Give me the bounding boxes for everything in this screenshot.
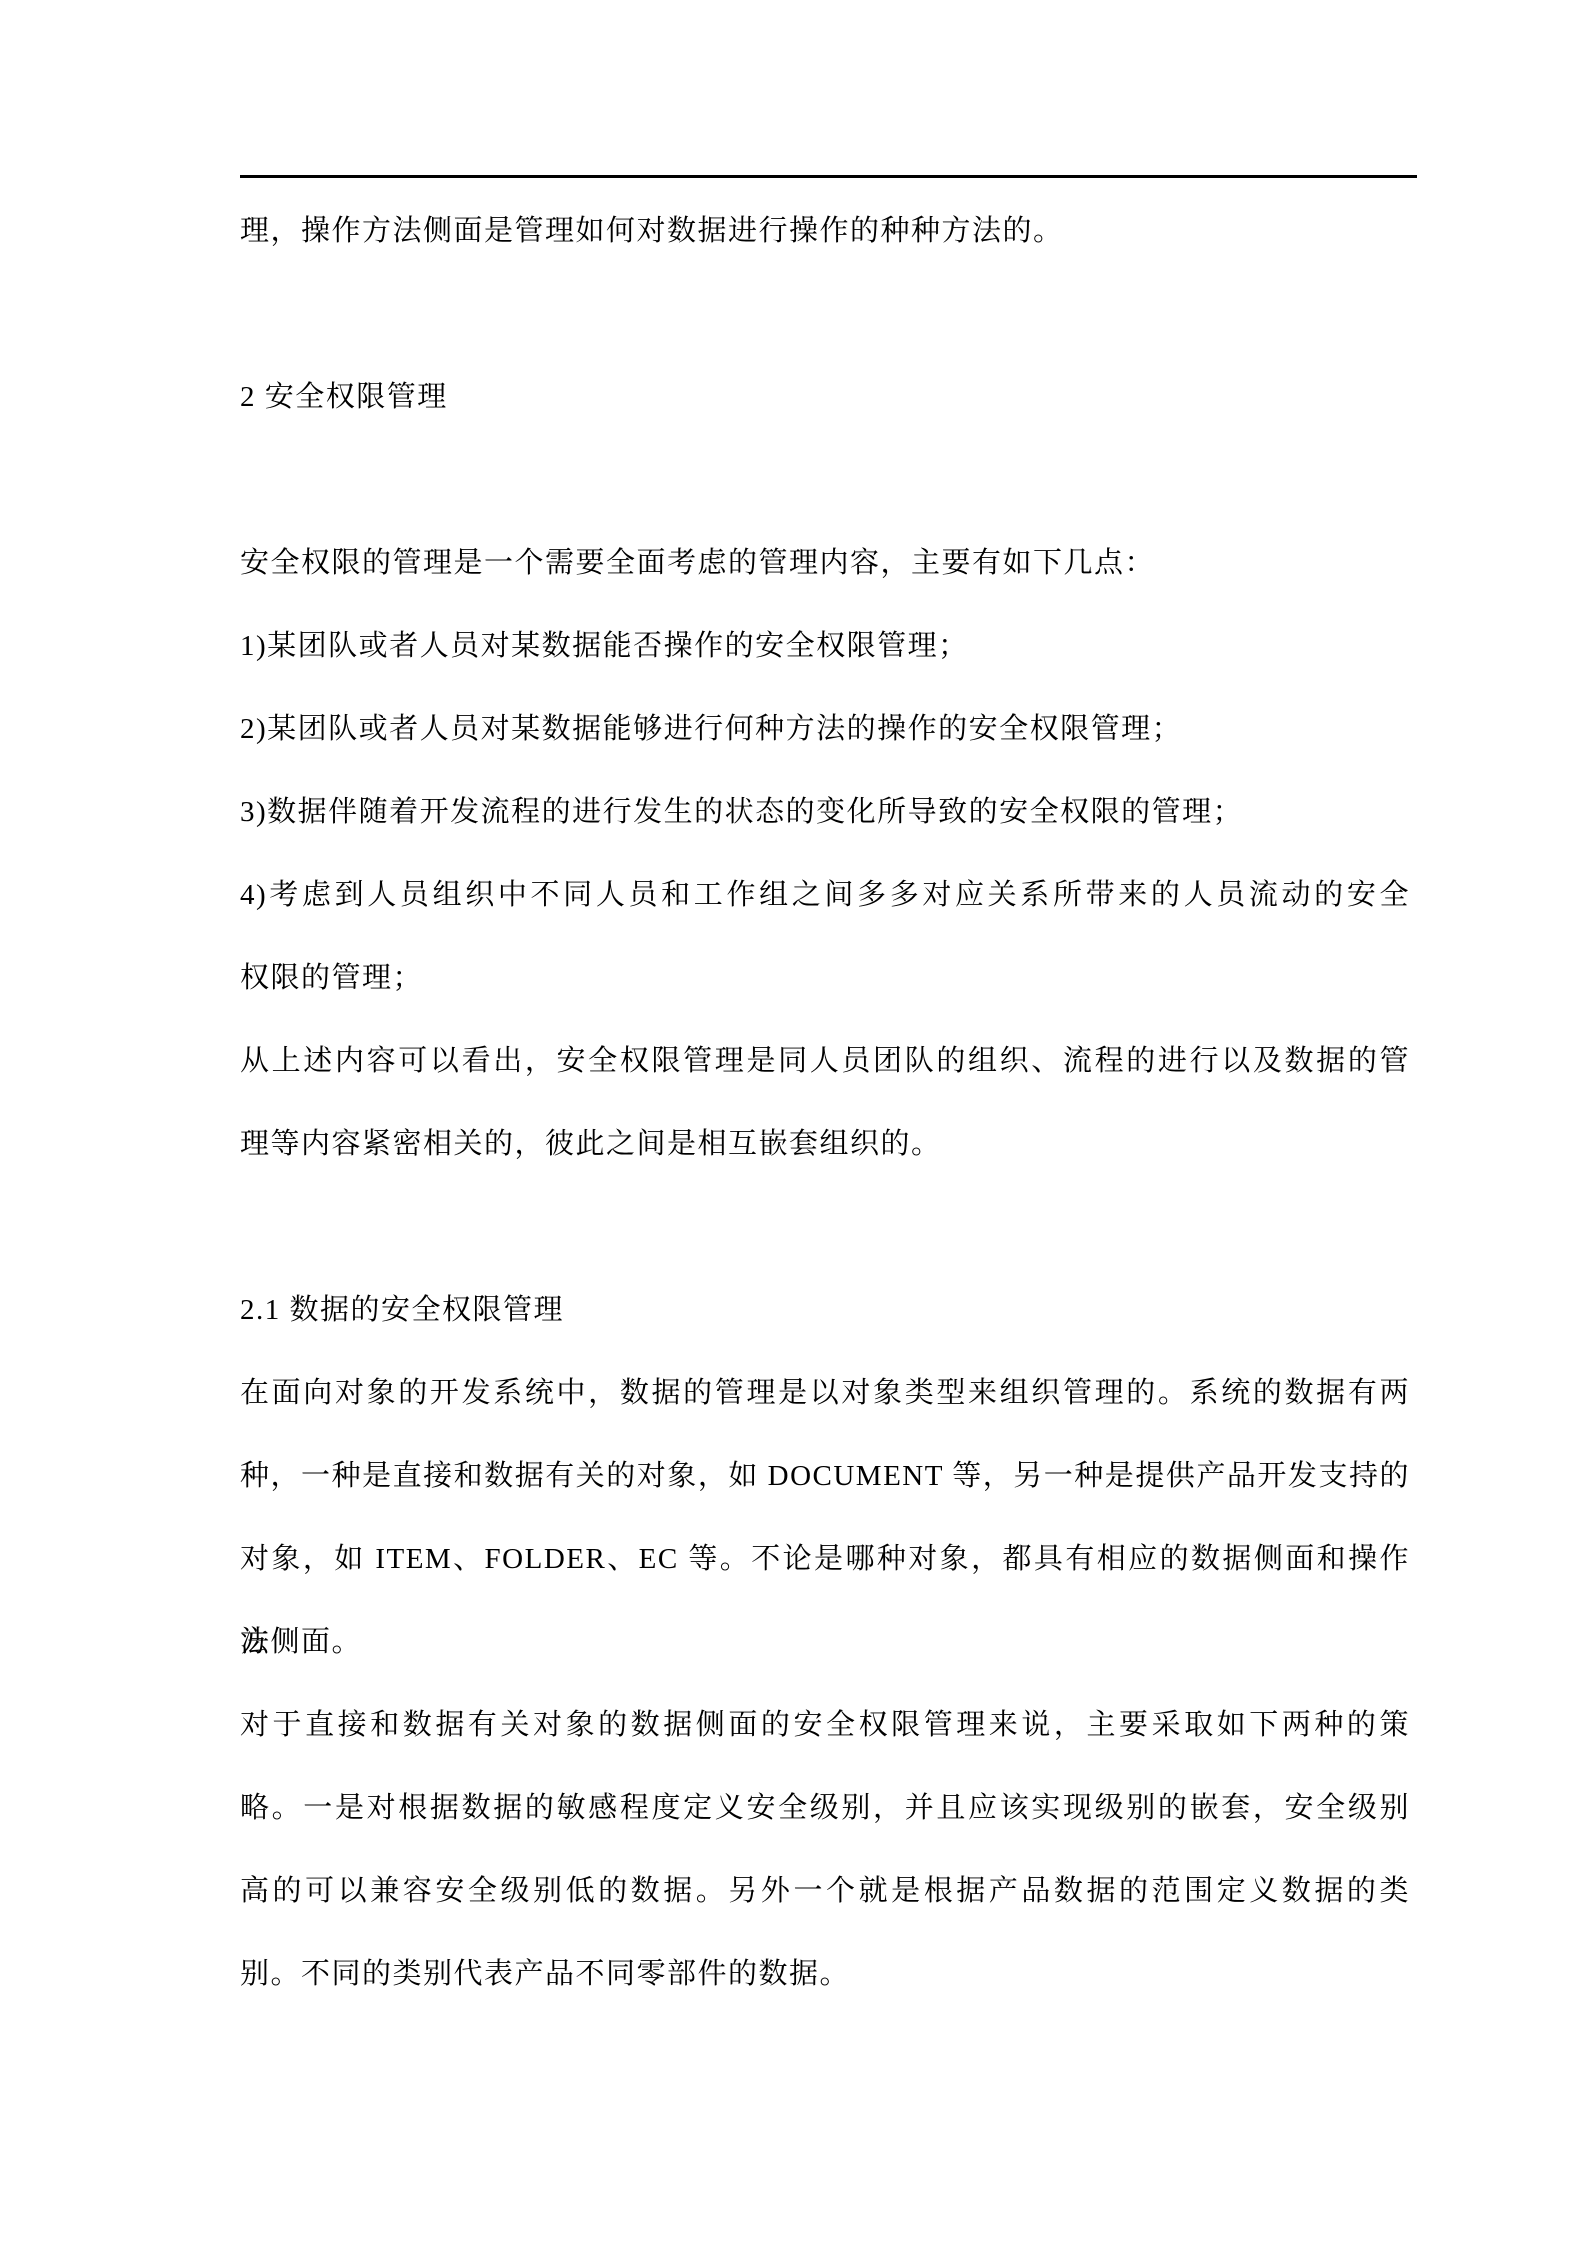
text-line: 在面向对象的开发系统中，数据的管理是以对象类型来组织管理的。系统的数据有两 — [240, 1352, 1410, 1435]
text-line: 权限的管理； — [240, 937, 1410, 1020]
text-line: 1)某团队或者人员对某数据能否操作的安全权限管理； — [240, 605, 1410, 688]
text-line: 从上述内容可以看出，安全权限管理是同人员团队的组织、流程的进行以及数据的管 — [240, 1020, 1410, 1103]
text-line: 理，操作方法侧面是管理如何对数据进行操作的种种方法的。 — [240, 190, 1410, 273]
text-line: 种，一种是直接和数据有关的对象，如 DOCUMENT 等，另一种是提供产品开发支… — [240, 1435, 1410, 1518]
text-line: 略。一是对根据数据的敏感程度定义安全级别，并且应该实现级别的嵌套，安全级别 — [240, 1767, 1410, 1850]
text-line: 4)考虑到人员组织中不同人员和工作组之间多多对应关系所带来的人员流动的安全 — [240, 854, 1410, 937]
header-rule — [240, 175, 1417, 178]
text-line: 3)数据伴随着开发流程的进行发生的状态的变化所导致的安全权限的管理； — [240, 771, 1410, 854]
section-heading: 2 安全权限管理 — [240, 356, 1410, 439]
text-line: 安全权限的管理是一个需要全面考虑的管理内容，主要有如下几点： — [240, 522, 1410, 605]
text-line: 理等内容紧密相关的，彼此之间是相互嵌套组织的。 — [240, 1103, 1410, 1186]
blank-line — [240, 273, 1410, 356]
text-line: 对于直接和数据有关对象的数据侧面的安全权限管理来说，主要采取如下两种的策 — [240, 1684, 1410, 1767]
document-page: 理，操作方法侧面是管理如何对数据进行操作的种种方法的。2 安全权限管理安全权限的… — [0, 0, 1587, 2245]
blank-line — [240, 1186, 1410, 1269]
text-line: 法侧面。 — [240, 1601, 1410, 1684]
text-line: 别。不同的类别代表产品不同零部件的数据。 — [240, 1933, 1410, 2016]
blank-line — [240, 439, 1410, 522]
text-line: 对象，如 ITEM、FOLDER、EC 等。不论是哪种对象，都具有相应的数据侧面… — [240, 1518, 1410, 1601]
section-heading: 2.1 数据的安全权限管理 — [240, 1269, 1410, 1352]
text-line: 高的可以兼容安全级别低的数据。另外一个就是根据产品数据的范围定义数据的类 — [240, 1850, 1410, 1933]
text-line: 2)某团队或者人员对某数据能够进行何种方法的操作的安全权限管理； — [240, 688, 1410, 771]
document-body: 理，操作方法侧面是管理如何对数据进行操作的种种方法的。2 安全权限管理安全权限的… — [240, 190, 1410, 2016]
